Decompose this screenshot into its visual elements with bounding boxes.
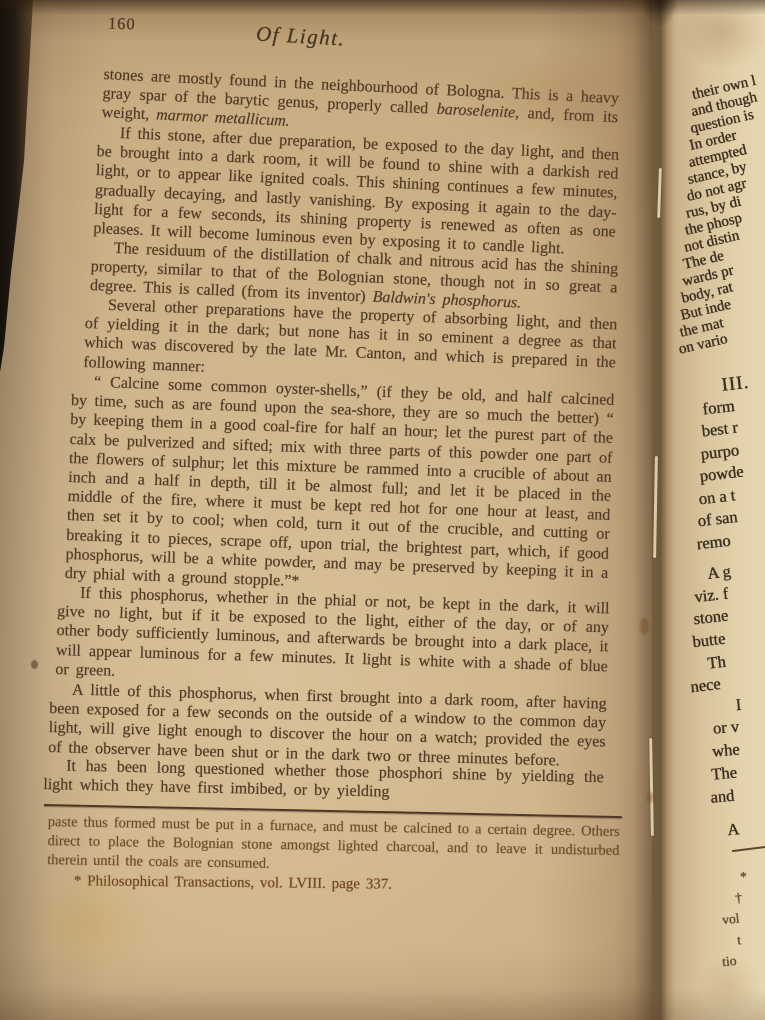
next-page-text-fragment: or v — [712, 714, 744, 740]
gutter-top-shadow — [640, 0, 680, 28]
text-run: If this stone, after due preparation, be… — [93, 125, 619, 258]
next-page-column-middle: III.formbest rpurpopowdeon a tof sanremo… — [690, 372, 750, 697]
next-page-text-fragment: remo — [695, 528, 743, 556]
paragraph-container: stones are mostly found in the neighbour… — [42, 65, 627, 795]
paragraph: If this stone, after due preparation, be… — [93, 123, 620, 261]
footnote-text: paste thus formed must be put in a furna… — [47, 813, 620, 879]
next-page-footnote-fragments: *†volttio — [722, 866, 747, 971]
ink-spot — [31, 660, 38, 669]
next-page-text-fragment: vol — [721, 907, 748, 930]
next-page-text-fragment: and — [709, 783, 741, 809]
book-photo: 160 Of Light. stones are mostly found in… — [0, 0, 765, 1020]
text-run: If this phosphorus, whether in the phial… — [55, 585, 610, 680]
paragraph: If this phosphorus, whether in the phial… — [55, 583, 610, 695]
next-page-text-fragment: A — [726, 817, 740, 841]
text-run: “ Calcine some common oyster-shells,” (i… — [65, 374, 615, 590]
italic-phrase: baroselenite, — [436, 101, 519, 122]
next-page-text-fragment: I — [735, 693, 745, 717]
next-page-text-fragment: t — [736, 929, 748, 951]
text-run: A little of this phosphorus, when first … — [48, 681, 607, 768]
next-page-text-fragment: * — [739, 866, 748, 888]
next-page-footnote-rule — [732, 846, 765, 852]
next-page-text-fragment: tio — [721, 949, 748, 972]
next-page-text-fragment: whe — [711, 737, 743, 763]
body-text: stones are mostly found in the neighbour… — [42, 65, 627, 891]
page-number: 160 — [108, 13, 136, 34]
next-page-text-fragment: † — [734, 886, 748, 908]
running-header: Of Light. — [255, 21, 346, 51]
left-page: 160 Of Light. stones are mostly found in… — [0, 0, 655, 1020]
paragraph: “ Calcine some common oyster-shells,” (i… — [65, 372, 615, 602]
next-page-column-top: their own land thoughquestion isIn order… — [678, 78, 759, 353]
next-page-column-bottom: Ior vwheTheandA — [709, 692, 744, 841]
book-cover-edge — [0, 0, 40, 620]
next-page-text-fragment: The — [710, 760, 742, 786]
next-page-edge: their own land thoughquestion isIn order… — [652, 0, 765, 1020]
